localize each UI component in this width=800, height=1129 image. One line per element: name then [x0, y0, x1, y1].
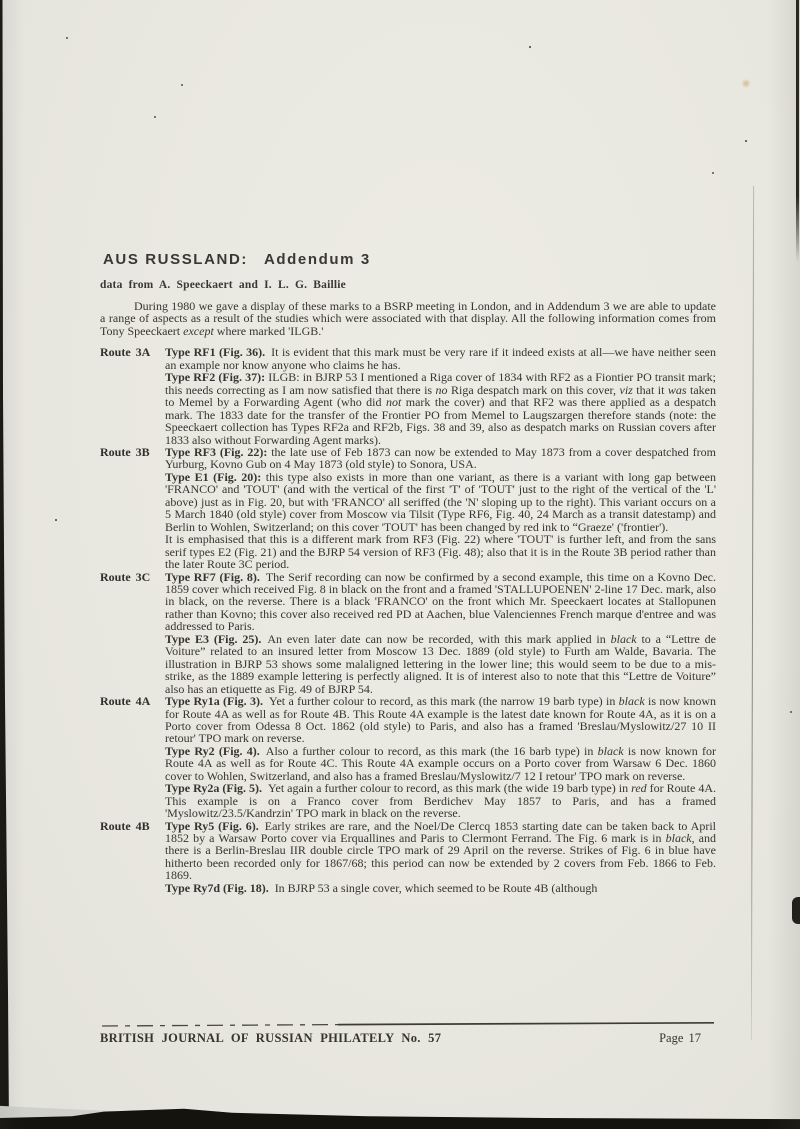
scanned-page: AUS RUSSLAND:Addendum 3 data from A. Spe…: [0, 0, 800, 1129]
byline: data from A. Speeckaert and I. L. G. Bai…: [100, 279, 346, 291]
paper-speck: [745, 140, 747, 142]
article-body: During 1980 we gave a display of these m…: [100, 300, 716, 894]
route-label: Route 4B: [100, 820, 165, 895]
paragraph: It is emphasised that this is a differen…: [165, 533, 716, 570]
paper-speck: [66, 37, 68, 39]
route-section: Route 3CType RF7 (Fig. 8).The Serif reco…: [100, 571, 716, 696]
page-title-main: AUS RUSSLAND:: [103, 251, 248, 268]
paragraph: Type Ry7d (Fig. 18).In BJRP 53 a single …: [165, 882, 716, 894]
route-section-body: Type Ry1a (Fig. 3).Yet a further colour …: [165, 695, 716, 820]
route-section-body: Type RF1 (Fig. 36).It is evident that th…: [165, 346, 716, 446]
route-section-body: Type RF3 (Fig. 22): the late use of Feb …: [165, 446, 716, 571]
intro-section: During 1980 we gave a display of these m…: [100, 300, 716, 337]
paper-speck: [55, 519, 57, 521]
paragraph: Type Ry5 (Fig. 6).Early strikes are rare…: [165, 820, 716, 882]
scan-mark-right: [792, 897, 800, 924]
paper-speck: [154, 116, 156, 118]
paper-speck: [790, 711, 792, 713]
paragraph: Type Ry1a (Fig. 3).Yet a further colour …: [165, 695, 716, 745]
route-section-body: Type Ry5 (Fig. 6).Early strikes are rare…: [165, 820, 716, 895]
paragraph: Type Ry2 (Fig. 4).Also a further colour …: [165, 745, 716, 782]
page-footer: BRITISH JOURNAL OF RUSSIAN PHILATELY No.…: [100, 1021, 716, 1046]
route-section: Route 3BType RF3 (Fig. 22): the late use…: [100, 446, 716, 571]
scan-edge-left: [0, 0, 9, 1129]
scan-edge-right: [796, 0, 799, 262]
journal-title: BRITISH JOURNAL OF RUSSIAN PHILATELY No.…: [100, 1031, 441, 1046]
page-title: AUS RUSSLAND:Addendum 3: [103, 251, 371, 268]
route-label: Route 3C: [100, 571, 165, 696]
footer-rule: [100, 1021, 716, 1028]
route-label: Route 3A: [100, 346, 165, 446]
route-section-body: Type RF7 (Fig. 8).The Serif recording ca…: [165, 571, 716, 696]
paragraph: Type RF7 (Fig. 8).The Serif recording ca…: [165, 571, 716, 633]
scan-edge-bottom: [0, 1100, 800, 1129]
paragraph: Type RF3 (Fig. 22): the late use of Feb …: [165, 446, 716, 471]
paper-speck: [712, 172, 714, 174]
route-section: Route 4AType Ry1a (Fig. 3).Yet a further…: [100, 695, 716, 820]
page-number: Page 17: [659, 1031, 701, 1046]
paper-speck: [529, 46, 531, 48]
route-label: Route 3B: [100, 446, 165, 571]
paragraph: Type E1 (Fig. 20): this type also exists…: [165, 471, 716, 533]
paragraph: Type Ry2a (Fig. 5).Yet again a further c…: [165, 782, 716, 819]
route-section: Route 3AType RF1 (Fig. 36).It is evident…: [100, 346, 716, 446]
paper-crease-line: [751, 186, 755, 1040]
page-title-sub: Addendum 3: [264, 251, 371, 268]
route-label: Route 4A: [100, 695, 165, 820]
paragraph: Type RF1 (Fig. 36).It is evident that th…: [165, 346, 716, 371]
route-section-body: During 1980 we gave a display of these m…: [100, 300, 716, 337]
paragraph: During 1980 we gave a display of these m…: [100, 300, 716, 337]
paper-speck: [181, 84, 183, 86]
paragraph: Type RF2 (Fig. 37): ILGB: in BJRP 53 I m…: [165, 371, 716, 446]
route-section: Route 4BType Ry5 (Fig. 6).Early strikes …: [100, 820, 716, 895]
paragraph: Type E3 (Fig. 25).An even later date can…: [165, 633, 716, 695]
paper-stain: [741, 79, 751, 88]
